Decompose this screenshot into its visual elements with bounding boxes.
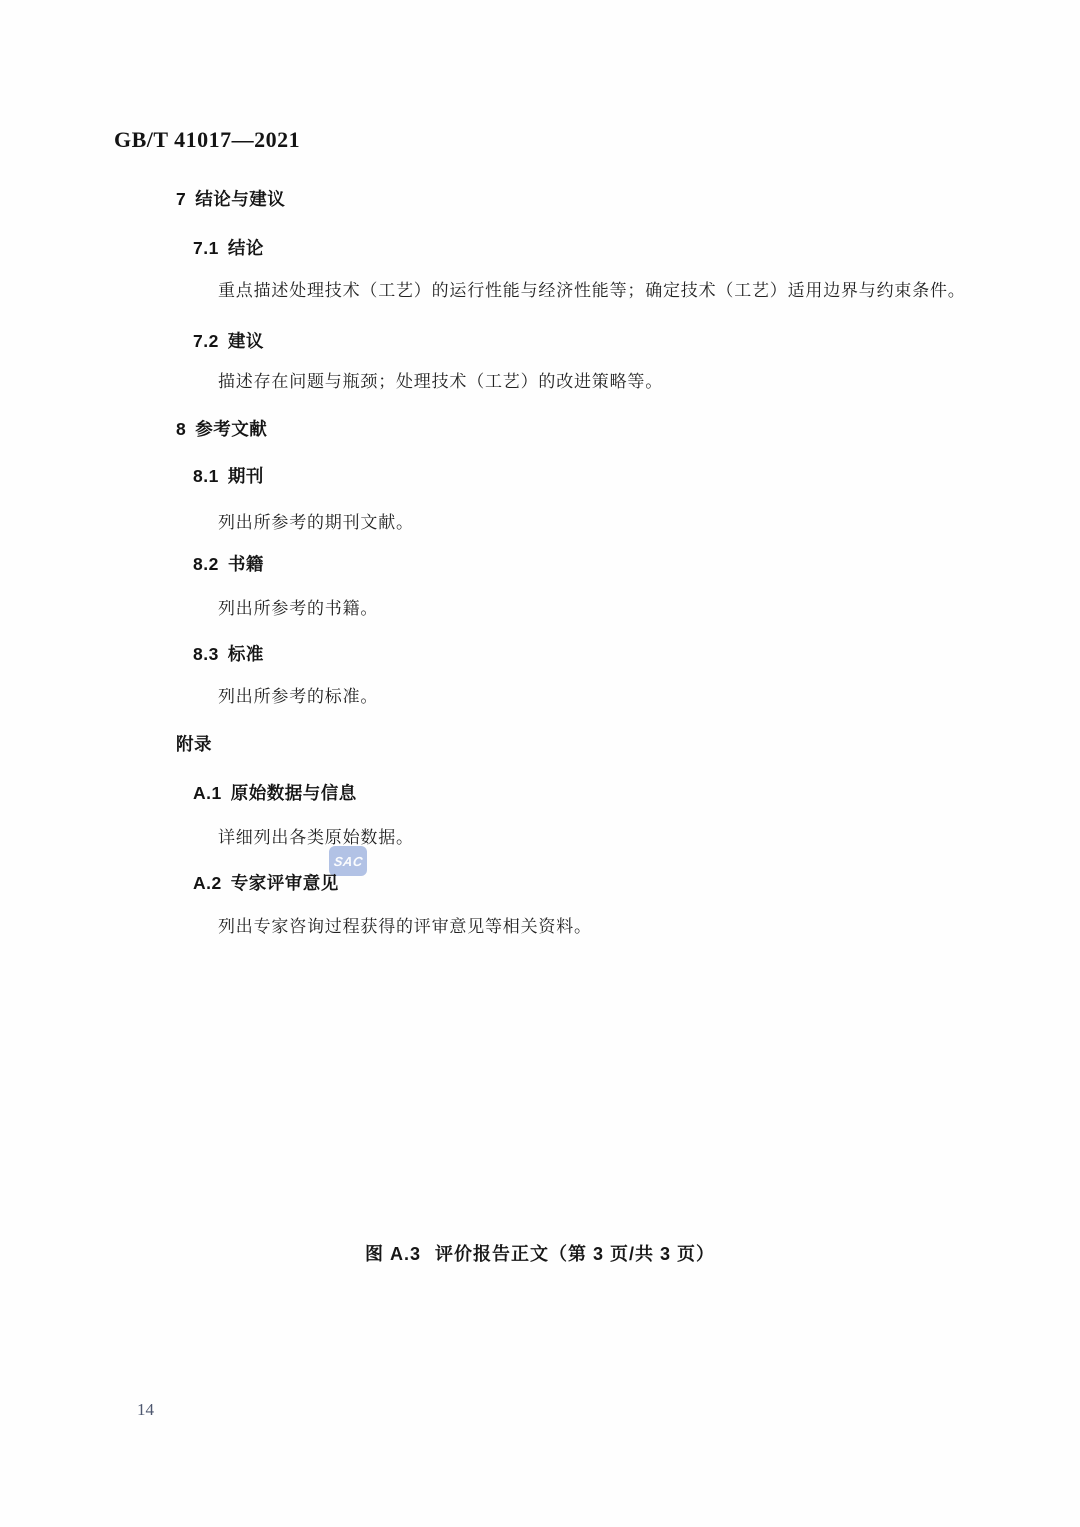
paragraph: 重点描述处理技术（工艺）的运行性能与经济性能等；确定技术（工艺）适用边界与约束条… <box>218 276 966 301</box>
section-number: 8 <box>176 419 186 440</box>
paragraph: 列出专家咨询过程获得的评审意见等相关资料。 <box>218 912 592 937</box>
subsection-number: A.2 <box>193 873 222 894</box>
figure-caption-label: 图 A.3 <box>365 1244 421 1264</box>
standard-number-header: GB/T 41017—2021 <box>114 127 300 153</box>
subsection-heading-8-1: 8.1期刊 <box>193 463 264 488</box>
document-page: GB/T 41017—2021 7结论与建议 7.1结论 重点描述处理技术（工艺… <box>0 0 1080 1527</box>
subsection-title: 专家评审意见 <box>231 873 339 893</box>
subsection-heading-8-3: 8.3标准 <box>193 641 264 666</box>
subsection-number: A.1 <box>193 783 222 804</box>
subsection-number: 8.2 <box>193 554 219 575</box>
section-title: 附录 <box>176 734 212 754</box>
subsection-heading-8-2: 8.2书籍 <box>193 551 264 576</box>
subsection-title: 书籍 <box>228 554 264 574</box>
paragraph: 描述存在问题与瓶颈；处理技术（工艺）的改进策略等。 <box>218 367 663 392</box>
subsection-number: 8.1 <box>193 466 219 487</box>
section-title: 参考文献 <box>195 419 267 439</box>
paragraph: 列出所参考的标准。 <box>218 682 378 707</box>
section-title: 结论与建议 <box>195 189 285 209</box>
figure-caption: 图 A.3评价报告正文（第 3 页/共 3 页） <box>0 1240 1080 1266</box>
section-heading-appendix: 附录 <box>176 731 212 756</box>
section-heading-8: 8参考文献 <box>176 416 267 441</box>
section-heading-7: 7结论与建议 <box>176 186 285 211</box>
paragraph: 详细列出各类原始数据。 <box>218 823 414 848</box>
sac-watermark-text: SAC <box>332 854 363 869</box>
page-number: 14 <box>137 1400 154 1420</box>
subsection-title: 期刊 <box>228 466 264 486</box>
paragraph: 列出所参考的期刊文献。 <box>218 508 414 533</box>
subsection-number: 8.3 <box>193 644 219 665</box>
subsection-heading-7-2: 7.2建议 <box>193 328 264 353</box>
subsection-title: 结论 <box>228 238 264 258</box>
subsection-number: 7.1 <box>193 238 219 259</box>
subsection-heading-7-1: 7.1结论 <box>193 235 264 260</box>
section-number: 7 <box>176 189 186 210</box>
subsection-heading-a-2: A.2专家评审意见 <box>193 870 339 895</box>
subsection-title: 标准 <box>228 644 264 664</box>
figure-caption-text: 评价报告正文（第 3 页/共 3 页） <box>435 1244 715 1264</box>
subsection-title: 建议 <box>228 331 264 351</box>
subsection-title: 原始数据与信息 <box>231 783 357 803</box>
subsection-number: 7.2 <box>193 331 219 352</box>
subsection-heading-a-1: A.1原始数据与信息 <box>193 780 357 805</box>
paragraph: 列出所参考的书籍。 <box>218 594 378 619</box>
